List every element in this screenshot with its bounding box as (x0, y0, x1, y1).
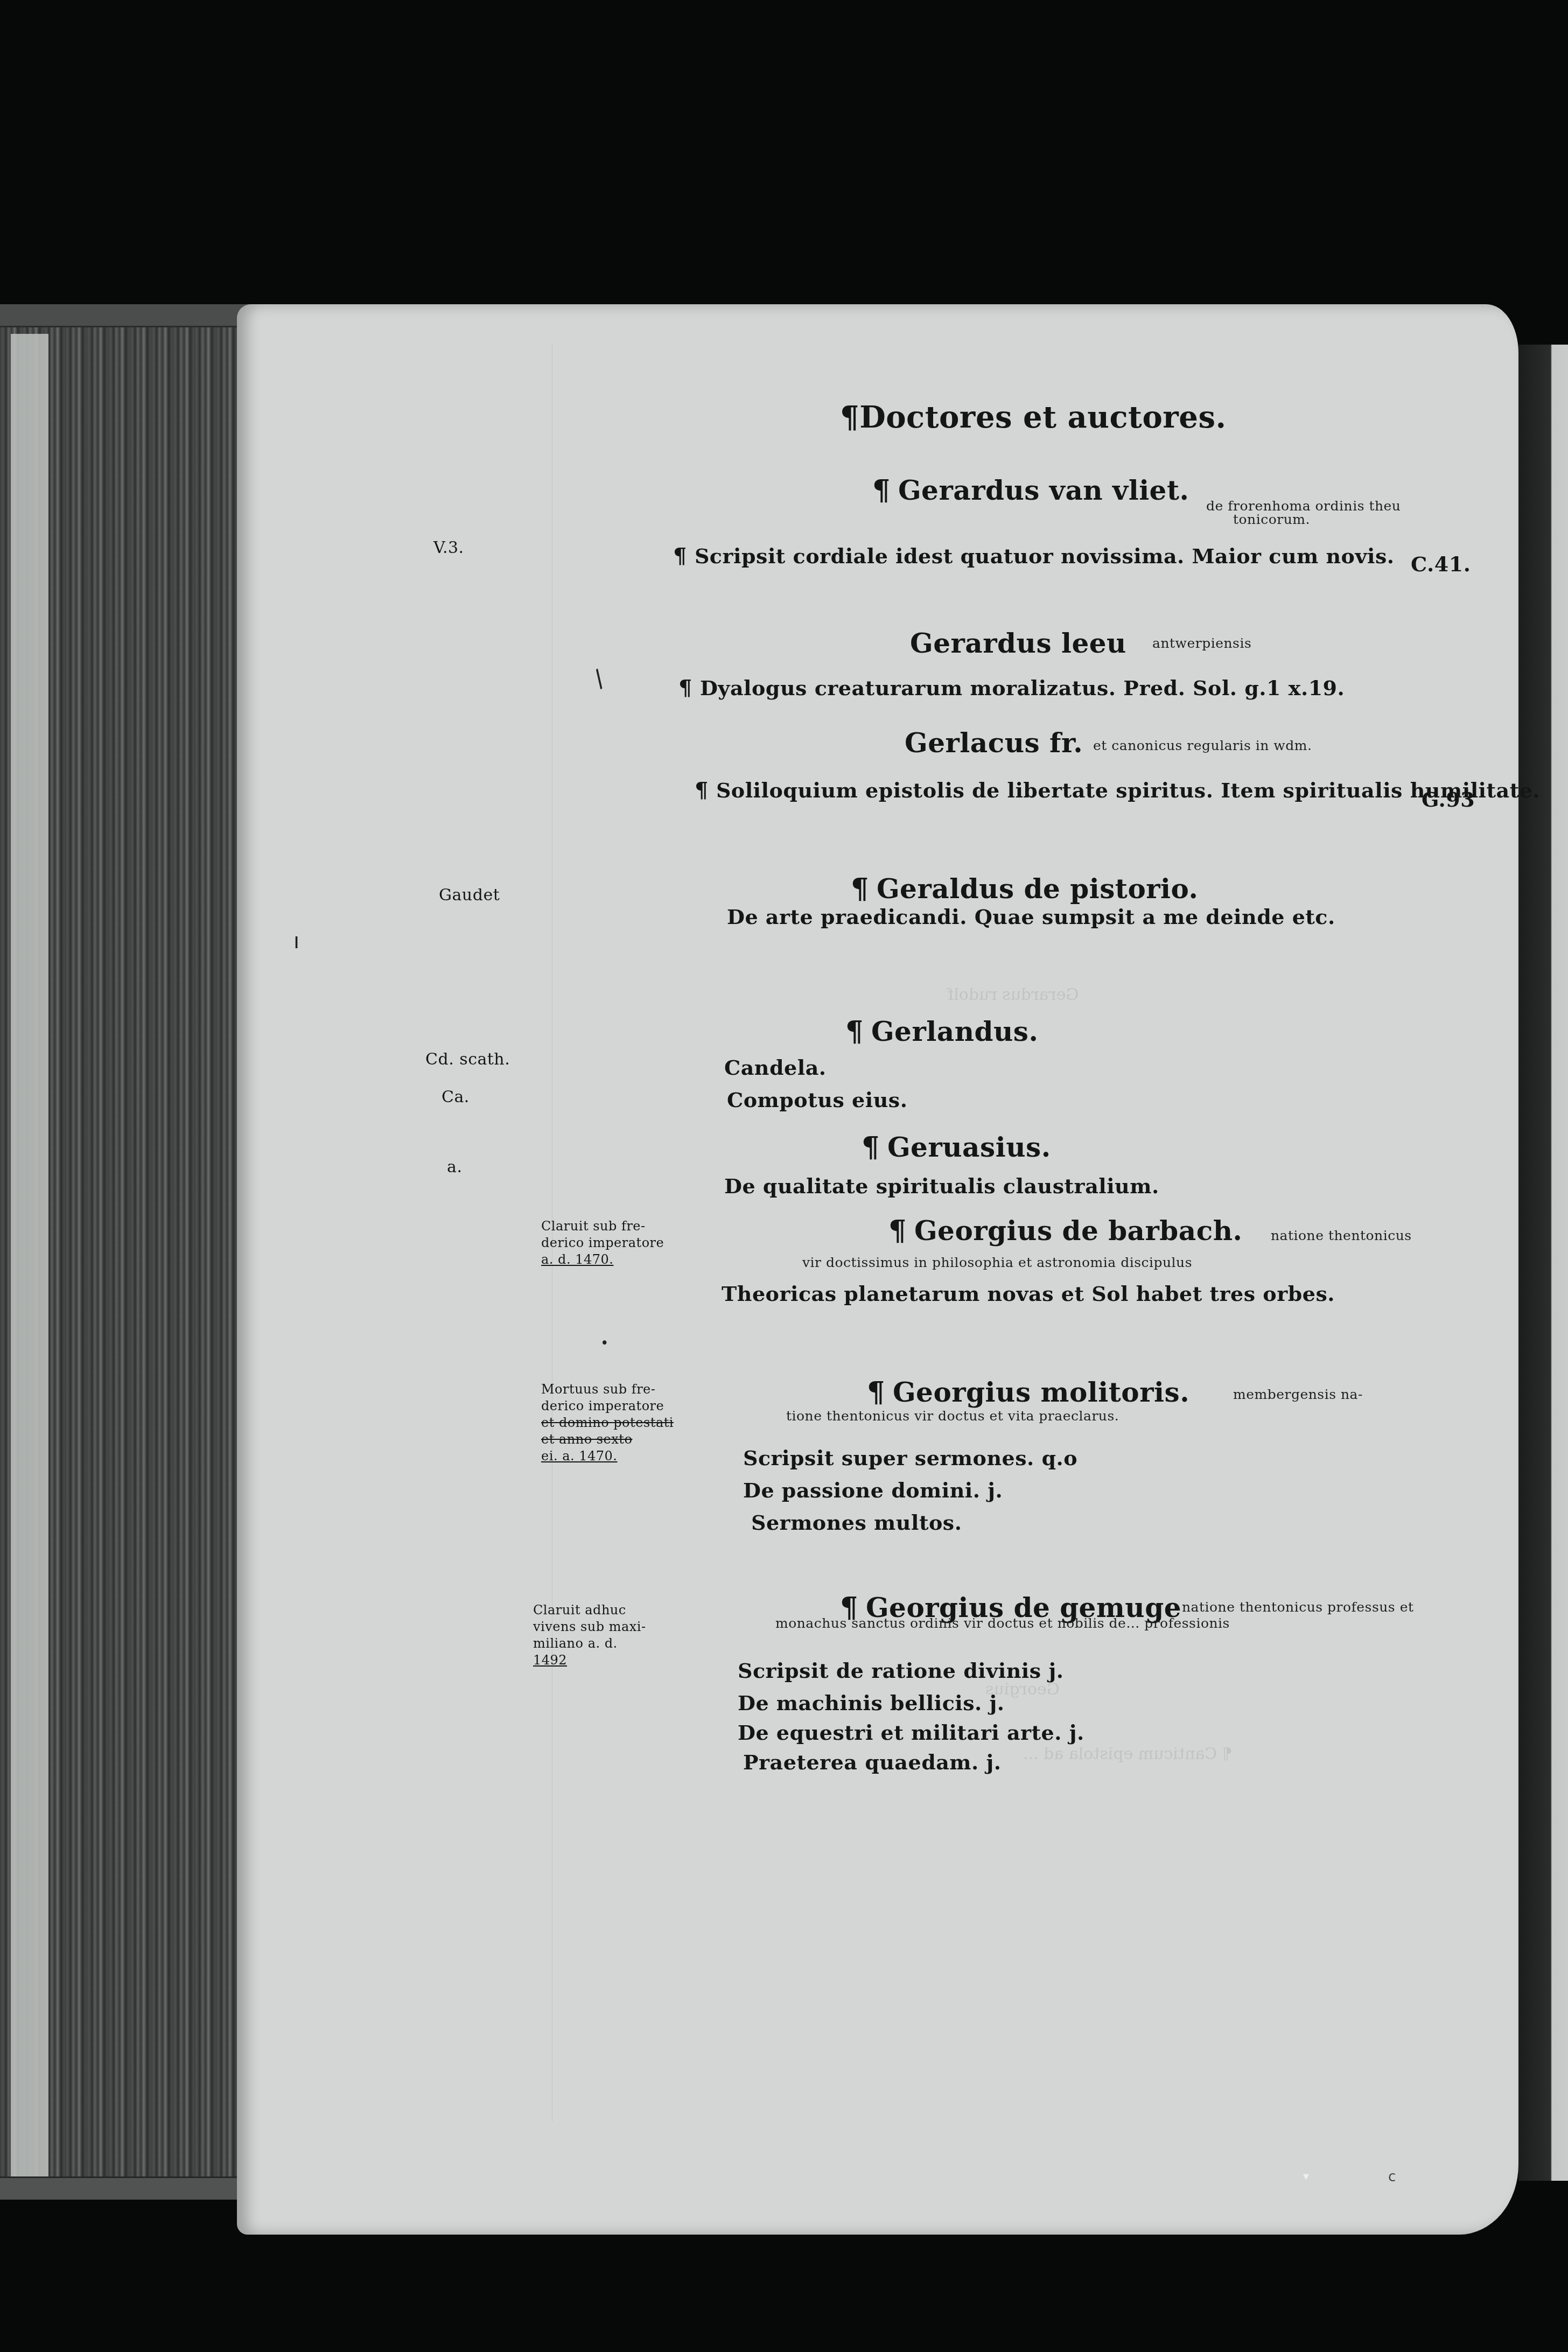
entry-work: Theoricas planetarum novas et Sol habet … (722, 1282, 1335, 1306)
entry-reference: G.93 (1422, 787, 1475, 811)
text-block-bottom-edge (0, 2176, 258, 2200)
text-block-top-edge (0, 304, 258, 327)
margin-dot: • (600, 1335, 608, 1352)
margin-note-date: Mortuus sub fre- derico imperatore et do… (541, 1381, 674, 1465)
margin-note: Gaudet (439, 886, 500, 905)
entry-work: ¶Scripsit cordiale idest quatuor novissi… (673, 544, 1395, 569)
first-leaf-edge (11, 334, 48, 2181)
pilcrow-icon: ¶ (872, 474, 891, 507)
entry-work: De passione domini. j. (743, 1478, 1003, 1502)
entry-work: ¶Soliloquium epistolis de libertate spir… (695, 778, 1540, 803)
pilcrow-icon: ¶ (678, 676, 692, 701)
section-mark: ¶ (840, 400, 859, 435)
facing-leaf-edge (1518, 345, 1568, 2181)
entry-gloss: antwerpiensis (1152, 635, 1251, 651)
entry-heading: ¶Geruasius. (862, 1131, 1051, 1164)
margin-note: V.3. (433, 538, 464, 557)
entry-heading: ¶Gerlandus. (845, 1015, 1038, 1048)
entry-gloss: natione thentonicus (1271, 1228, 1412, 1243)
entry-work: De machinis bellicis. j. (738, 1691, 1005, 1715)
entry-heading: ¶Georgius molitoris. (867, 1376, 1189, 1409)
paper-blemish: ▾ (1303, 2170, 1309, 2183)
entry-work: Sermones multos. (751, 1510, 962, 1535)
pilcrow-icon: ¶ (851, 872, 869, 905)
pilcrow-icon: ¶ (695, 778, 709, 803)
entry-heading: ¶Georgius de barbach. (888, 1214, 1242, 1247)
margin-note: Cd. scath. (425, 1050, 510, 1069)
pilcrow-icon: ¶ (845, 1015, 864, 1048)
margin-note: Ca. (442, 1088, 470, 1107)
entry-gloss: tonicorum. (1233, 512, 1310, 527)
book-text-block (0, 304, 258, 2200)
margin-mark: ı (293, 929, 299, 954)
entry-reference: C.41. (1411, 552, 1471, 576)
entry-work: De equestri et militari arte. j. (738, 1720, 1084, 1745)
pilcrow-icon: ¶ (888, 1214, 907, 1247)
entry-gloss: natione thentonicus professus et (1182, 1599, 1414, 1615)
entry-gloss: tione thentonicus vir doctus et vita pra… (786, 1408, 1119, 1424)
entry-gloss: vir doctissimus in philosophia et astron… (802, 1255, 1192, 1270)
entry-work: De qualitate spiritualis claustralium. (724, 1174, 1159, 1198)
entry-heading: ¶Geraldus de pistorio. (851, 872, 1198, 905)
entry-gloss: et canonicus regularis in wdm. (1093, 738, 1312, 753)
entry-work: Scripsit super sermones. q.o (743, 1446, 1077, 1470)
entry-gloss: monachus sanctus ordinis vir doctus et n… (775, 1615, 1230, 1631)
page-title-text: Doctores et auctores. (859, 400, 1226, 435)
margin-note-date: Claruit sub fre- derico imperatore a. d.… (541, 1218, 664, 1268)
pilcrow-icon: ¶ (862, 1131, 880, 1164)
show-through-text: ¶ Canticum epistola ad ... (1023, 1745, 1233, 1763)
pilcrow-icon: ¶ (867, 1376, 885, 1409)
margin-note-date: Claruit adhuc vivens sub maxi- miliano a… (533, 1602, 646, 1669)
show-through-text: Gerardus rudolf (948, 985, 1079, 1004)
entry-work: Scripsit de ratione divinis j. (738, 1658, 1063, 1683)
entry-heading: Gerardus leeu (910, 627, 1126, 659)
entry-work: De arte praedicandi. Quae sumpsit a me d… (727, 905, 1335, 929)
margin-note: a. (447, 1158, 462, 1177)
entry-work: Compotus eius. (727, 1088, 907, 1112)
page-title: ¶Doctores et auctores. (840, 400, 1227, 435)
entry-gloss: membergensis na- (1233, 1387, 1363, 1402)
pilcrow-icon: ¶ (673, 544, 687, 569)
entry-heading: ¶Gerardus van vliet. (872, 474, 1189, 507)
entry-work: Praeterea quaedam. j. (743, 1750, 1002, 1774)
page-mark: c (1388, 2169, 1396, 2185)
entry-work: ¶Dyalogus creaturarum moralizatus. Pred.… (678, 676, 1345, 701)
entry-heading: Gerlacus fr. (905, 727, 1083, 759)
entry-work: Candela. (724, 1055, 827, 1080)
